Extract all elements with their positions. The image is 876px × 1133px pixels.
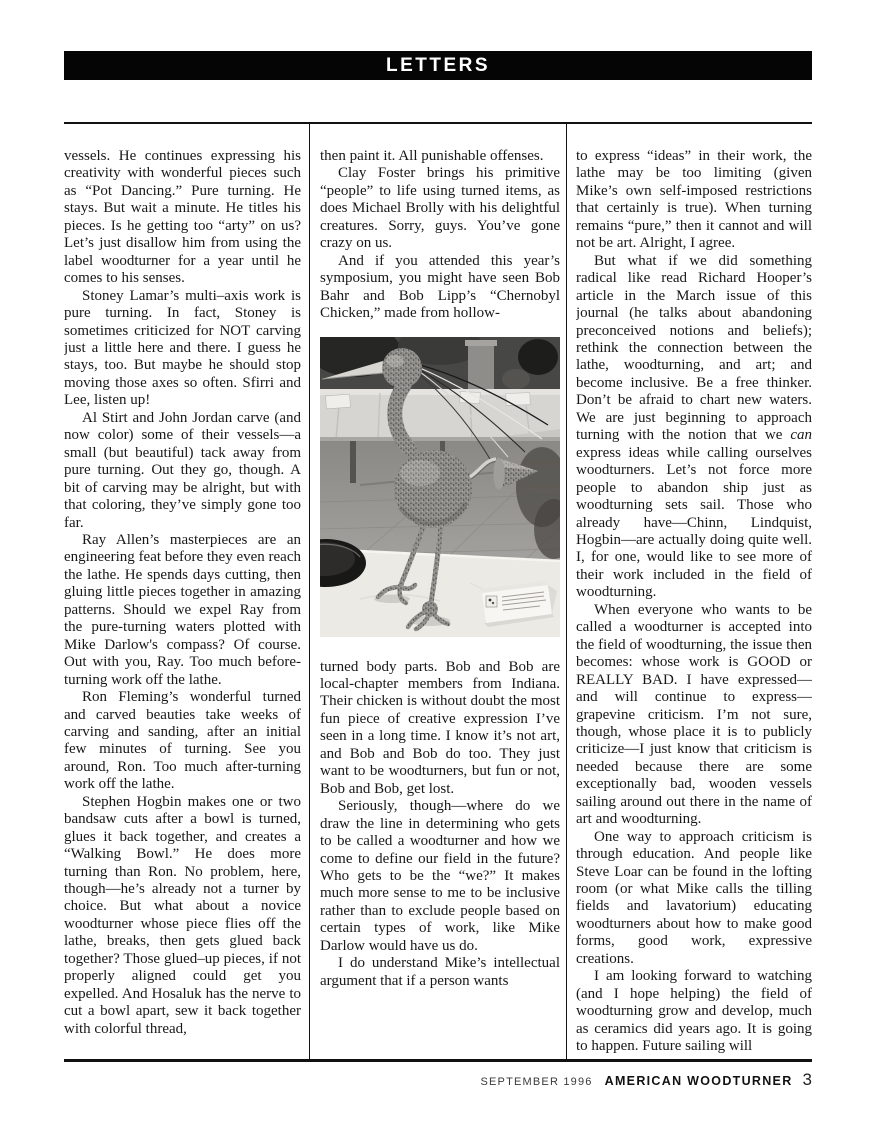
letter-paragraph: I am looking forward to watching (and I … — [576, 968, 812, 1055]
letter-paragraph: Ray Allen’s masterpieces are an engineer… — [64, 532, 301, 689]
letter-paragraph: When everyone who wants to be called a w… — [576, 602, 812, 829]
section-title: LETTERS — [386, 55, 490, 77]
letter-paragraph: Clay Foster brings his primitive “people… — [320, 165, 560, 252]
issue-date: SEPTEMBER 1996 — [480, 1076, 592, 1088]
letter-paragraph: And if you attended this year’s symposiu… — [320, 253, 560, 323]
chernobyl-chicken-photo — [320, 337, 560, 637]
letter-column-3: to express “ideas” in their work, the la… — [576, 122, 812, 1059]
page-footer: SEPTEMBER 1996 AMERICAN WOODTURNER 3 — [480, 1070, 812, 1090]
letter-paragraph: Al Stirt and John Jordan carve (and now … — [64, 410, 301, 532]
letter-paragraph: turned body parts. Bob and Bob are local… — [320, 659, 560, 799]
letter-paragraph: vessels. He continues expressing his cre… — [64, 148, 301, 288]
column-divider-right — [566, 122, 567, 1061]
page-number: 3 — [803, 1070, 812, 1090]
column-2-text-bottom: turned body parts. Bob and Bob are local… — [320, 659, 560, 991]
letter-paragraph: One way to approach criticism is through… — [576, 829, 812, 969]
letter-paragraph: Ron Fleming’s wonderful turned and carve… — [64, 689, 301, 794]
letter-paragraph: I do understand Mike’s intellectual argu… — [320, 955, 560, 990]
letter-paragraph: Stoney Lamar’s multi–axis work is pure t… — [64, 288, 301, 410]
column-divider-left — [309, 122, 310, 1061]
letter-paragraph: But what if we did something radical lik… — [576, 253, 812, 602]
bottom-rule — [64, 1059, 812, 1062]
letter-paragraph: to express “ideas” in their work, the la… — [576, 148, 812, 253]
letter-paragraph: Seriously, though—where do we draw the l… — [320, 798, 560, 955]
photo-illustration — [320, 337, 560, 637]
letter-column-2: then paint it. All punishable offenses.C… — [320, 122, 560, 1059]
section-header-bar: LETTERS — [64, 51, 812, 80]
magazine-page: LETTERS vessels. He continues expressing… — [0, 0, 876, 1133]
column-2-text-top: then paint it. All punishable offenses.C… — [320, 148, 560, 323]
letter-paragraph: then paint it. All punishable offenses. — [320, 148, 560, 165]
publication-name: AMERICAN WOODTURNER — [605, 1074, 793, 1088]
letter-paragraph: Stephen Hogbin makes one or two bandsaw … — [64, 794, 301, 1038]
letter-column-1: vessels. He continues expressing his cre… — [64, 122, 301, 1059]
